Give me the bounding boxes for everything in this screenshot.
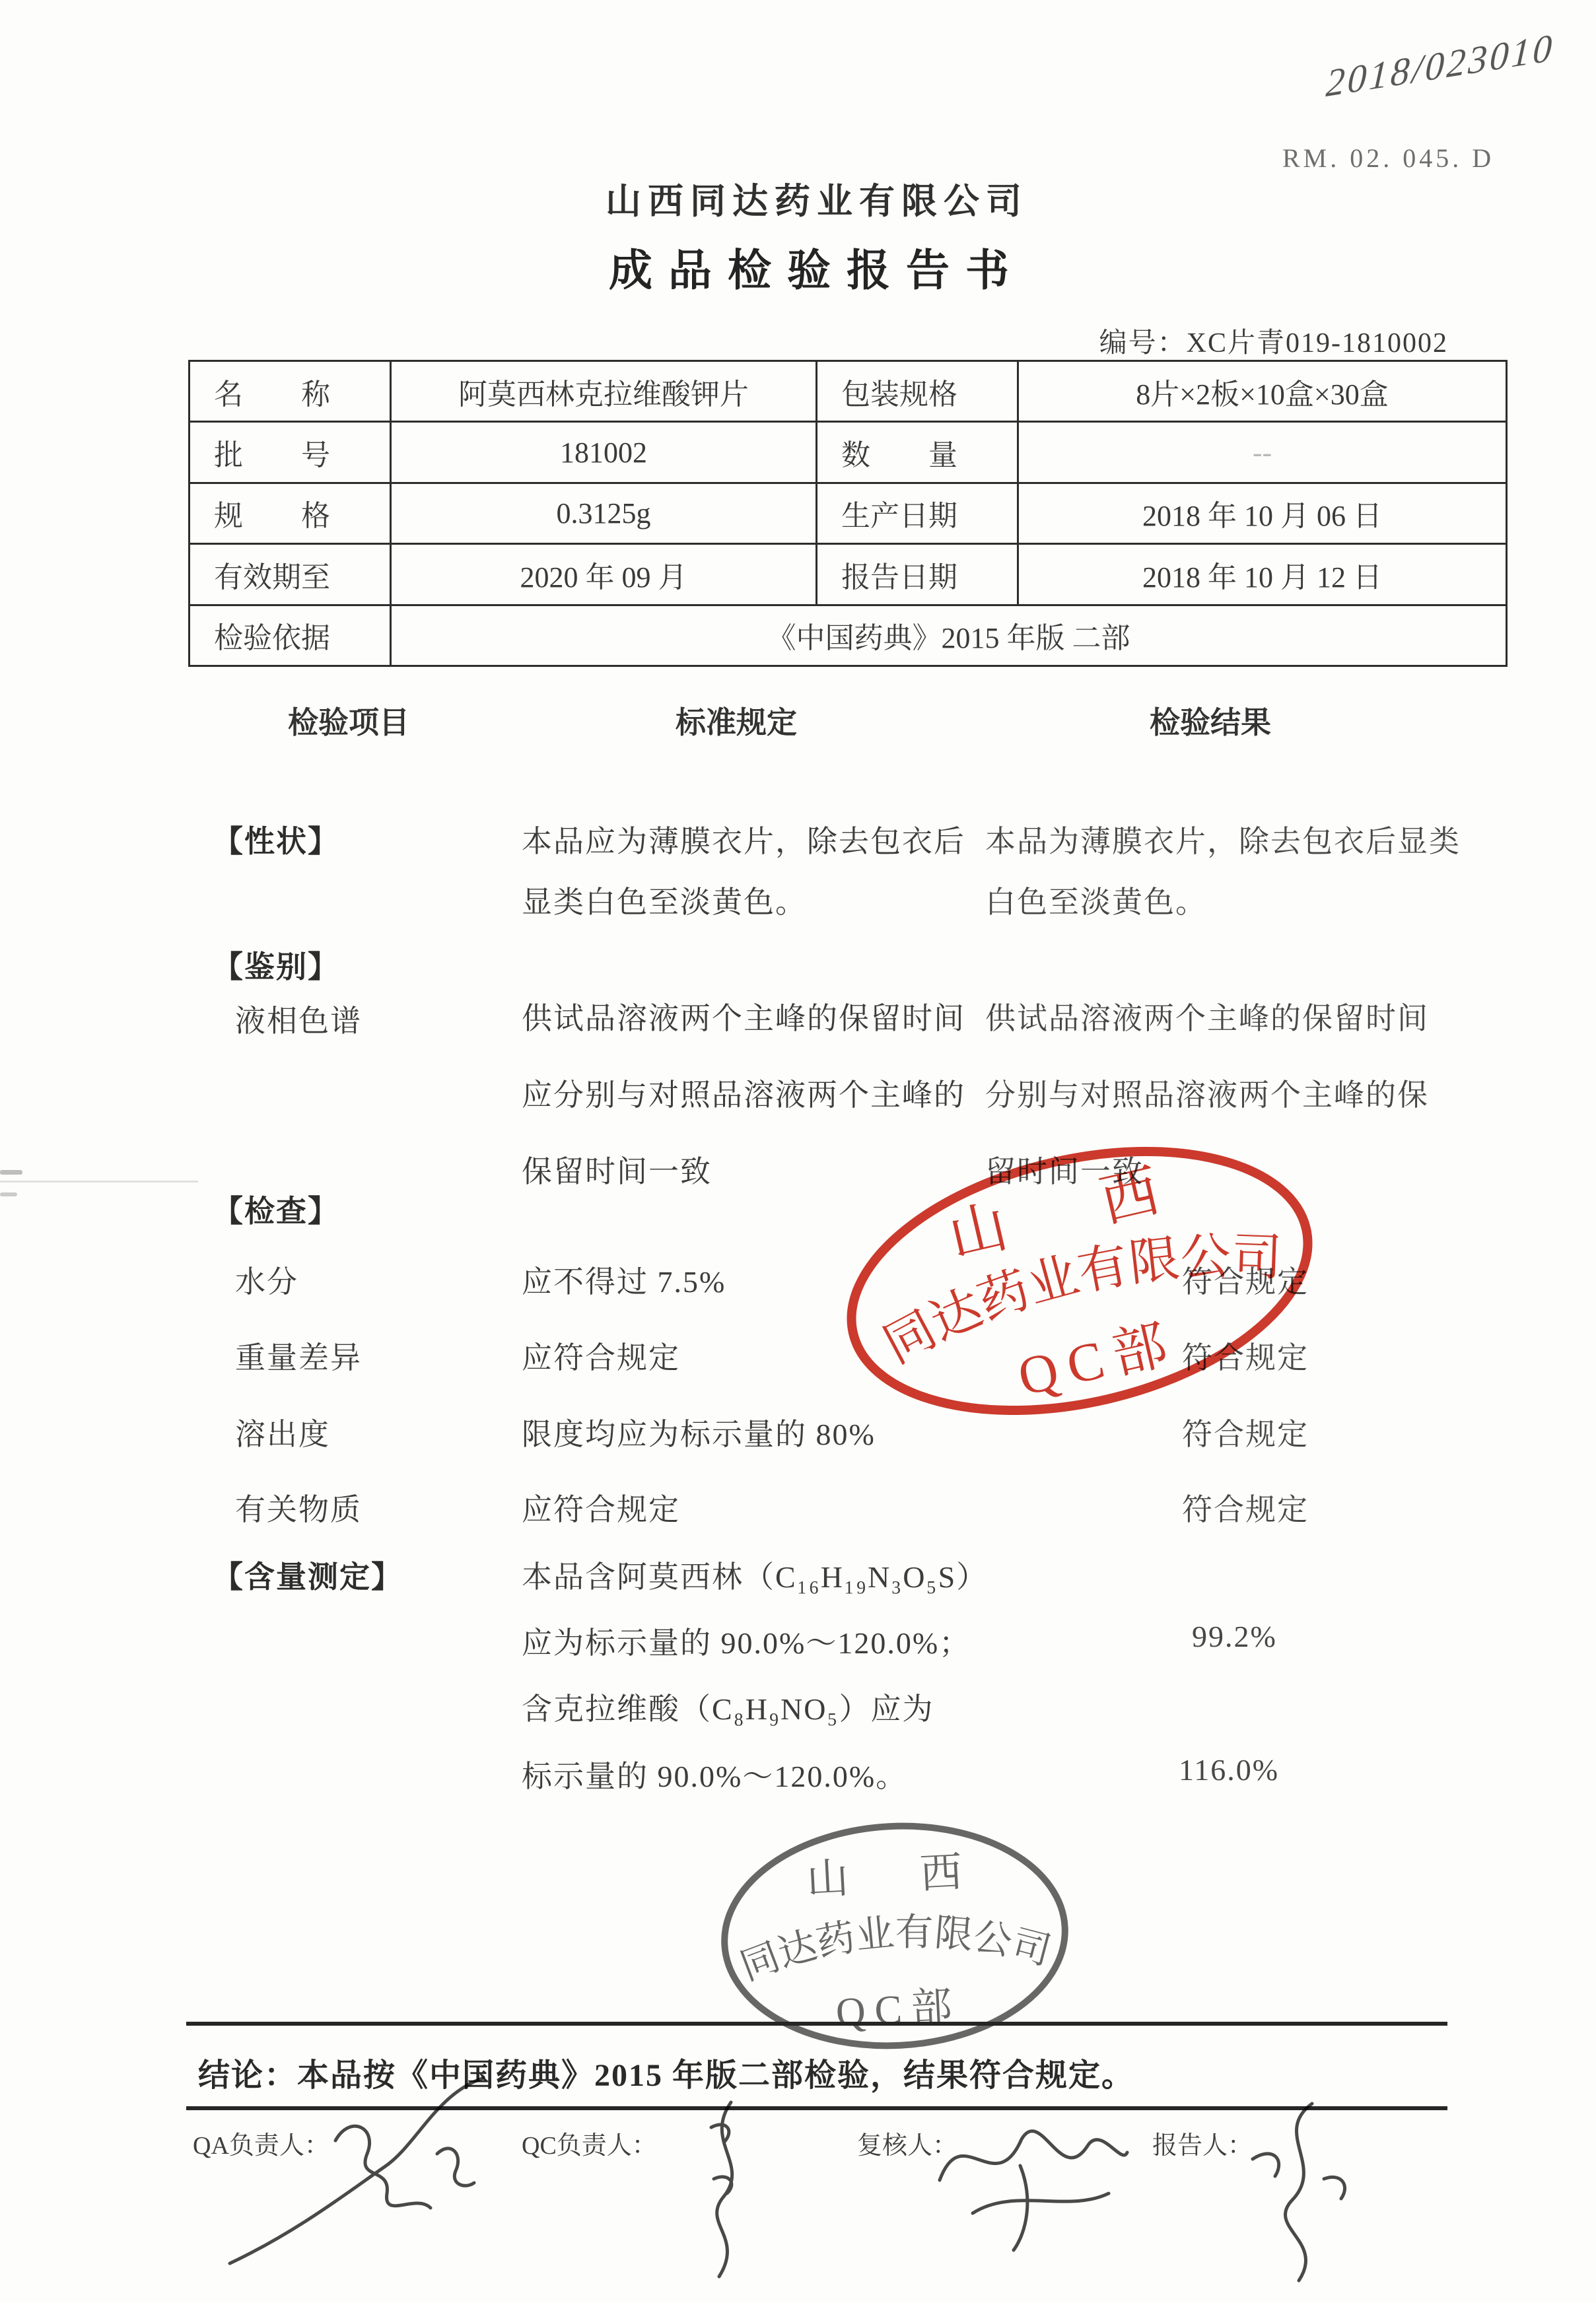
expiry-value: 2020 年 09 月 <box>391 544 817 605</box>
qc-signer-label: QC负责人： <box>522 2125 657 2161</box>
appearance-standard-line: 显类白色至淡黄色。 <box>522 878 807 922</box>
appearance-standard-line: 本品应为薄膜衣片，除去包衣后 <box>522 817 965 861</box>
section-heading-identification: 【鉴别】 <box>213 943 339 986</box>
test-item: 水分 <box>235 1258 298 1301</box>
col-head-standard: 标准规定 <box>676 699 797 742</box>
name-value: 阿莫西林克拉维酸钾片 <box>391 361 817 422</box>
report-number-value: XC片青019-1810002 <box>1187 328 1448 359</box>
batch-value: 181002 <box>391 422 817 483</box>
stamp-company-text: 同达药业有限公司 <box>733 1903 1057 1989</box>
section-heading-assay: 【含量测定】 <box>213 1553 403 1597</box>
report-date-value: 2018 年 10 月 12 日 <box>1018 544 1507 605</box>
table-row: 有效期至 2020 年 09 月 报告日期 2018 年 10 月 12 日 <box>190 544 1507 605</box>
table-row: 检验依据 《中国药典》2015 年版 二部 <box>190 605 1507 666</box>
test-standard: 应符合规定 <box>522 1334 680 1377</box>
report-number-label: 编号： <box>1099 328 1187 359</box>
scan-artifact <box>0 1192 17 1196</box>
form-code: RM. 02. 045. D <box>1282 143 1494 174</box>
name-label: 名 称 <box>190 361 391 422</box>
identification-item: 液相色谱 <box>235 997 362 1041</box>
stamp-dept-text: QC部 <box>1012 1313 1183 1408</box>
spec-label: 规 格 <box>190 483 391 543</box>
test-standard: 限度均应为标示量的 80% <box>522 1410 876 1454</box>
quantity-value: -- <box>1018 422 1507 483</box>
assay-standard-line: 本品含阿莫西林（C₁₆H₁₉N₃O₅S） <box>522 1553 988 1597</box>
divider <box>186 2022 1447 2026</box>
col-head-item: 检验项目 <box>288 699 409 742</box>
test-standard: 应符合规定 <box>522 1486 680 1529</box>
identification-standard-line: 供试品溶液两个主峰的保留时间 <box>522 994 965 1038</box>
svg-text:同达药业有限公司: 同达药业有限公司 <box>733 1903 1057 1989</box>
identification-result-line: 分别与对照品溶液两个主峰的保 <box>985 1071 1429 1115</box>
mfg-date-value: 2018 年 10 月 06 日 <box>1018 483 1507 543</box>
table-row: 名 称 阿莫西林克拉维酸钾片 包装规格 8片×2板×10盒×30盒 <box>190 361 1507 422</box>
pack-spec-label: 包装规格 <box>817 361 1018 422</box>
qc-signature <box>650 2086 789 2301</box>
reviewer-signature <box>921 2080 1139 2268</box>
test-result: 符合规定 <box>1182 1410 1309 1454</box>
handwritten-report-number: 2018/023010 <box>1325 24 1555 106</box>
test-standard: 应不得过 7.5% <box>522 1258 726 1301</box>
basis-value: 《中国药典》2015 年版 二部 <box>391 605 1507 666</box>
test-result: 符合规定 <box>1182 1486 1309 1529</box>
identification-result-line: 供试品溶液两个主峰的保留时间 <box>985 994 1429 1038</box>
appearance-result-line: 本品为薄膜衣片，除去包衣后显类 <box>985 817 1461 861</box>
section-heading-appearance: 【性状】 <box>213 817 339 861</box>
reporter-signature <box>1212 2080 1370 2301</box>
product-info-table: 名 称 阿莫西林克拉维酸钾片 包装规格 8片×2板×10盒×30盒 批 号 18… <box>188 360 1508 667</box>
company-name: 山西同达药业有限公司 <box>606 173 1028 224</box>
section-heading-tests: 【检查】 <box>213 1187 339 1231</box>
assay-result-amoxicillin: 99.2% <box>1192 1619 1277 1654</box>
mfg-date-label: 生产日期 <box>817 483 1018 543</box>
assay-standard-line: 标示量的 90.0%～120.0%。 <box>522 1752 907 1796</box>
col-head-result: 检验结果 <box>1150 699 1271 742</box>
expiry-label: 有效期至 <box>190 544 391 605</box>
scan-artifact <box>0 1170 22 1175</box>
batch-label: 批 号 <box>190 422 391 483</box>
test-item: 重量差异 <box>235 1334 362 1377</box>
quantity-label: 数 量 <box>817 422 1018 483</box>
stamp-region-text: 山 西 <box>806 1847 978 1903</box>
report-date-label: 报告日期 <box>817 544 1018 605</box>
page-title: 成品检验报告书 <box>609 235 1025 298</box>
stamp-dept-text: QC部 <box>835 1984 962 2036</box>
assay-result-clavulanate: 116.0% <box>1179 1752 1279 1787</box>
identification-standard-line: 应分别与对照品溶液两个主峰的 <box>522 1071 965 1115</box>
table-row: 规 格 0.3125g 生产日期 2018 年 10 月 06 日 <box>190 483 1507 543</box>
scanned-inspection-report: 2018/023010 RM. 02. 045. D 山西同达药业有限公司 成品… <box>0 0 1596 2303</box>
assay-standard-line: 含克拉维酸（C₈H₉NO₅）应为 <box>522 1685 934 1729</box>
assay-standard-line: 应为标示量的 90.0%～120.0%； <box>522 1619 971 1663</box>
table-row: 批 号 181002 数 量 -- <box>190 422 1507 483</box>
test-item: 有关物质 <box>235 1486 362 1529</box>
appearance-result-line: 白色至淡黄色。 <box>985 878 1207 922</box>
identification-standard-line: 保留时间一致 <box>522 1148 712 1191</box>
basis-label: 检验依据 <box>190 605 391 666</box>
qc-stamp-gray: 山 西 同达药业有限公司 QC部 <box>704 1808 1086 2065</box>
qa-signature <box>218 2053 495 2281</box>
spec-value: 0.3125g <box>391 483 817 543</box>
pack-spec-value: 8片×2板×10盒×30盒 <box>1018 361 1507 422</box>
report-number: 编号：XC片青019-1810002 <box>1099 321 1448 361</box>
test-item: 溶出度 <box>235 1410 330 1454</box>
scan-artifact <box>0 1181 198 1183</box>
